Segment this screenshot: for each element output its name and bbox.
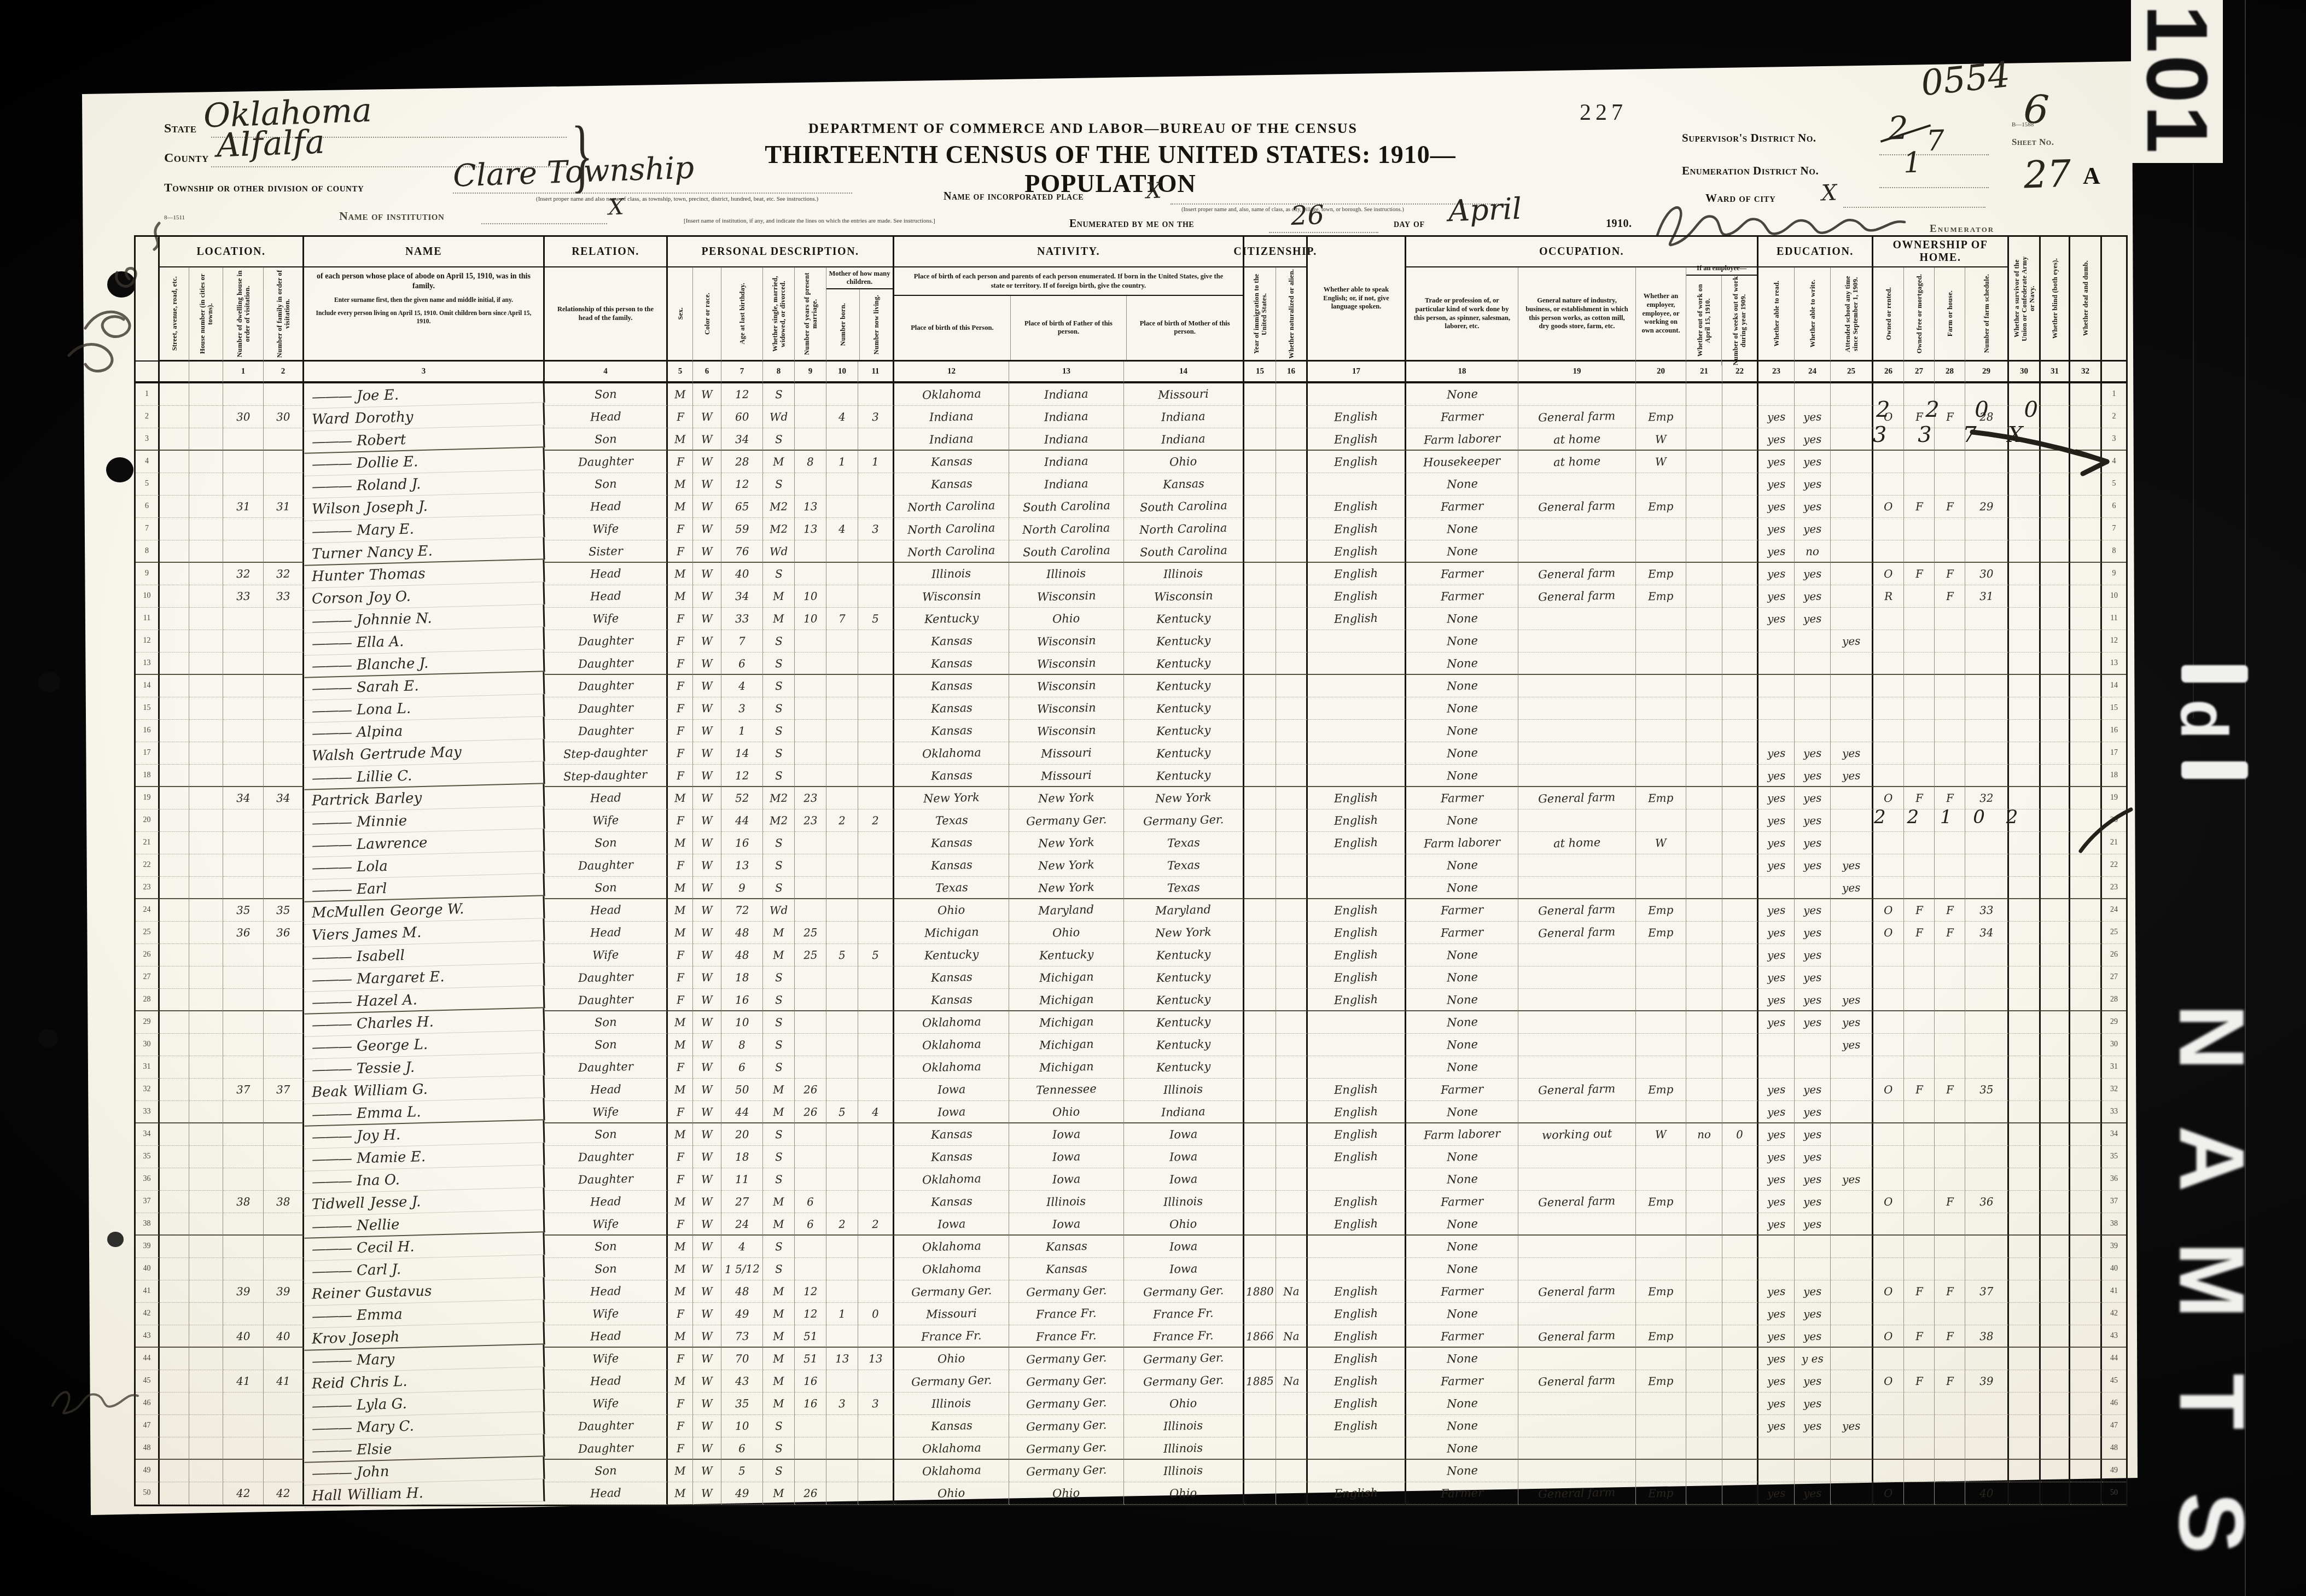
cell-c18-line-18: None: [1406, 765, 1518, 787]
line-number-21: 21: [136, 832, 160, 854]
cell-c1-line-3: [223, 428, 264, 451]
cell-c11-line-14: [858, 675, 894, 697]
cell-c28-line-9: F: [1935, 563, 1965, 585]
cell-c20-line-29: [1636, 1011, 1686, 1034]
cell-c15-line-19: [1244, 787, 1276, 809]
cell-c1-line-49: [223, 1460, 264, 1482]
cell-c19-line-34: working out: [1518, 1123, 1636, 1146]
cell-c20-line-38: [1636, 1213, 1686, 1236]
cell-c1-line-43: 40: [223, 1325, 264, 1348]
cell-c19-line-40: [1518, 1258, 1636, 1280]
cell-c29-line-27: [1965, 966, 2009, 989]
cell-street-line-20: [160, 809, 189, 832]
cell-c32-line-10: [2070, 585, 2102, 608]
cell-c18-line-1: None: [1406, 383, 1518, 406]
cell-c1-line-35: [223, 1146, 264, 1168]
cell-c30-line-14: [2009, 675, 2041, 697]
cell-c12-line-38: Iowa: [894, 1213, 1009, 1236]
cell-c9-line-9: [795, 563, 826, 585]
cell-c4-line-28: Daughter: [545, 989, 668, 1011]
cell-c5-line-3: M: [668, 428, 693, 451]
cell-c21-line-43: [1686, 1325, 1722, 1348]
cell-c23-line-39: [1758, 1236, 1795, 1258]
line-number-38: 38: [2102, 1213, 2126, 1236]
cell-c22-line-41: [1722, 1280, 1758, 1303]
cell-c2-line-7: [264, 518, 304, 540]
cell-house-line-39: [189, 1236, 223, 1258]
cell-c28-line-40: [1935, 1258, 1965, 1280]
cell-c20-line-18: [1636, 765, 1686, 787]
cell-c25-line-3: [1831, 428, 1873, 451]
line-number-17: 17: [136, 742, 160, 765]
line-number-44: 44: [2102, 1348, 2126, 1370]
cell-c14-line-45: Germany Ger.: [1124, 1370, 1244, 1393]
cell-c7-line-36: 11: [721, 1168, 763, 1191]
cell-c6-line-25: W: [693, 922, 721, 944]
cell-c7-line-37: 27: [721, 1191, 763, 1213]
cell-c23-line-5: yes: [1758, 473, 1795, 496]
cell-c11-line-23: [858, 877, 894, 899]
cell-c20-line-6: Emp: [1636, 496, 1686, 518]
film-edge-letter: T: [2159, 1344, 2264, 1459]
cell-c7-line-28: 16: [721, 989, 763, 1011]
cell-c14-line-43: France Fr.: [1124, 1325, 1244, 1348]
cell-c15-line-8: [1244, 540, 1276, 563]
cell-c24-line-2: yes: [1795, 406, 1831, 428]
cell-c5-line-25: M: [668, 922, 693, 944]
cell-c31-line-46: [2041, 1393, 2070, 1415]
cell-c27-line-24: F: [1904, 899, 1935, 922]
cell-c8-line-31: S: [763, 1056, 795, 1079]
cell-c11-line-11: 5: [858, 608, 894, 630]
cell-c6-line-35: W: [693, 1146, 721, 1168]
cell-c32-line-45: [2070, 1370, 2102, 1393]
cell-c27-line-44: [1904, 1348, 1935, 1370]
cell-street-line-38: [160, 1213, 189, 1236]
cell-c26-line-39: [1873, 1236, 1904, 1258]
cell-c21-line-40: [1686, 1258, 1722, 1280]
cell-c30-line-29: [2009, 1011, 2041, 1034]
cell-c32-line-39: [2070, 1236, 2102, 1258]
cell-c17-line-33: English: [1308, 1101, 1406, 1123]
cell-c7-line-42: 49: [721, 1303, 763, 1325]
cell-c10-line-50: [826, 1482, 858, 1505]
cell-house-line-37: [189, 1191, 223, 1213]
cell-c5-line-10: M: [668, 585, 693, 608]
cell-c19-line-35: [1518, 1146, 1636, 1168]
cell-street-line-23: [160, 877, 189, 899]
cell-c21-line-14: [1686, 675, 1722, 697]
cell-c11-line-43: [858, 1325, 894, 1348]
cell-c17-line-48: [1308, 1437, 1406, 1460]
cell-c21-line-37: [1686, 1191, 1722, 1213]
cell-street-line-14: [160, 675, 189, 697]
cell-c29-line-46: [1965, 1393, 2009, 1415]
cell-c6-line-30: W: [693, 1034, 721, 1056]
cell-c16-line-19: [1276, 787, 1308, 809]
cell-c17-line-18: [1308, 765, 1406, 787]
cell-c5-line-40: M: [668, 1258, 693, 1280]
cell-c10-line-31: [826, 1056, 858, 1079]
cell-c12-line-48: Oklahoma: [894, 1437, 1009, 1460]
cell-c9-line-42: 12: [795, 1303, 826, 1325]
line-number-10: 10: [136, 585, 160, 608]
cell-c27-line-21: [1904, 832, 1935, 854]
cell-c9-line-3: [795, 428, 826, 451]
cell-c19-line-33: [1518, 1101, 1636, 1123]
cell-c19-line-8: [1518, 540, 1636, 563]
cell-c4-line-42: Wife: [545, 1303, 668, 1325]
col-header-c24: Whether able to write.: [1795, 267, 1831, 362]
cell-c16-line-9: [1276, 563, 1308, 585]
cell-c4-line-14: Daughter: [545, 675, 668, 697]
cell-c8-line-42: M: [763, 1303, 795, 1325]
sheet-suffix: A: [2083, 162, 2100, 190]
cell-c6-line-13: W: [693, 653, 721, 675]
cell-c19-line-37: General farm: [1518, 1191, 1636, 1213]
county-value: Alfalfa: [216, 123, 325, 165]
cell-c19-line-25: General farm: [1518, 922, 1636, 944]
cell-c12-line-37: Kansas: [894, 1191, 1009, 1213]
cell-c32-line-36: [2070, 1168, 2102, 1191]
cell-c31-line-50: [2041, 1482, 2070, 1505]
cell-c28-line-23: [1935, 877, 1965, 899]
cell-c26-line-18: [1873, 765, 1904, 787]
cell-street-line-41: [160, 1280, 189, 1303]
cell-street-line-32: [160, 1079, 189, 1101]
cell-c27-line-48: [1904, 1437, 1935, 1460]
cell-c18-line-35: None: [1406, 1146, 1518, 1168]
cell-c23-line-28: yes: [1758, 989, 1795, 1011]
cell-c23-line-32: yes: [1758, 1079, 1795, 1101]
cell-c27-line-42: [1904, 1303, 1935, 1325]
col-header-house: House number (in cities or towns).: [189, 267, 223, 362]
cell-c14-line-49: Illinois: [1124, 1460, 1244, 1482]
cell-c29-line-37: 36: [1965, 1191, 2009, 1213]
cell-street-line-43: [160, 1325, 189, 1348]
cell-c1-line-9: 32: [223, 563, 264, 585]
cell-c30-line-18: [2009, 765, 2041, 787]
cell-c15-line-23: [1244, 877, 1276, 899]
cell-c8-line-10: M: [763, 585, 795, 608]
cell-c15-line-5: [1244, 473, 1276, 496]
col-header-c8: Whether single, married, widowed, or div…: [763, 267, 795, 362]
cell-c2-line-8: [264, 540, 304, 563]
line-number-11: 11: [136, 608, 160, 630]
cell-c10-line-39: [826, 1236, 858, 1258]
cell-c7-line-45: 43: [721, 1370, 763, 1393]
cell-c11-line-2: 3: [858, 406, 894, 428]
cell-c20-line-21: W: [1636, 832, 1686, 854]
cell-c32-line-42: [2070, 1303, 2102, 1325]
cell-house-line-40: [189, 1258, 223, 1280]
cell-c21-line-36: [1686, 1168, 1722, 1191]
cell-c25-line-47: yes: [1831, 1415, 1873, 1437]
cell-c25-line-46: [1831, 1393, 1873, 1415]
cell-c21-line-46: [1686, 1393, 1722, 1415]
film-frame-number-box: 101: [2131, 0, 2223, 163]
cell-c26-line-24: O: [1873, 899, 1904, 922]
cell-c19-line-13: [1518, 653, 1636, 675]
cell-c22-line-46: [1722, 1393, 1758, 1415]
cell-street-line-2: [160, 406, 189, 428]
cell-c16-line-7: [1276, 518, 1308, 540]
cell-c2-line-1: [264, 383, 304, 406]
cell-c21-line-5: [1686, 473, 1722, 496]
cell-c8-line-2: Wd: [763, 406, 795, 428]
cell-c30-line-44: [2009, 1348, 2041, 1370]
cell-c19-line-29: [1518, 1011, 1636, 1034]
cell-c28-line-39: [1935, 1236, 1965, 1258]
cell-c22-line-28: [1722, 989, 1758, 1011]
cell-c4-line-45: Head: [545, 1370, 668, 1393]
cell-c26-line-29: [1873, 1011, 1904, 1034]
cell-c27-line-26: [1904, 944, 1935, 966]
cell-c31-line-29: [2041, 1011, 2070, 1034]
cell-c5-line-44: F: [668, 1348, 693, 1370]
cell-c32-line-50: [2070, 1482, 2102, 1505]
col-number-20: 20: [1636, 362, 1686, 383]
cell-c26-line-11: [1873, 608, 1904, 630]
cell-c27-line-36: [1904, 1168, 1935, 1191]
cell-c7-line-27: 18: [721, 966, 763, 989]
cell-c21-line-15: [1686, 697, 1722, 720]
cell-c23-line-49: [1758, 1460, 1795, 1482]
group-personal-description: PERSONAL DESCRIPTION.: [668, 237, 894, 267]
cell-c31-line-12: [2041, 630, 2070, 653]
cell-c16-line-28: [1276, 989, 1308, 1011]
col-number-25: 25: [1831, 362, 1873, 383]
cell-c16-line-24: [1276, 899, 1308, 922]
group-location: LOCATION.: [160, 237, 304, 267]
col-number-22: 22: [1722, 362, 1758, 383]
film-edge-letter: S: [2159, 1466, 2264, 1581]
cell-c24-line-17: yes: [1795, 742, 1831, 765]
cell-c17-line-35: English: [1308, 1146, 1406, 1168]
cell-c24-line-47: yes: [1795, 1415, 1831, 1437]
cell-c5-line-9: M: [668, 563, 693, 585]
cell-c7-line-31: 6: [721, 1056, 763, 1079]
cell-c8-line-39: S: [763, 1236, 795, 1258]
cell-house-line-18: [189, 765, 223, 787]
cell-c17-line-14: [1308, 675, 1406, 697]
cell-c14-line-47: Illinois: [1124, 1415, 1244, 1437]
cell-c24-line-15: [1795, 697, 1831, 720]
cell-c25-line-43: [1831, 1325, 1873, 1348]
cell-c14-line-19: New York: [1124, 787, 1244, 809]
cell-c30-line-31: [2009, 1056, 2041, 1079]
cell-c10-line-38: 2: [826, 1213, 858, 1236]
line-number-40: 40: [2102, 1258, 2126, 1280]
cell-c22-line-16: [1722, 720, 1758, 742]
cell-c7-line-6: 65: [721, 496, 763, 518]
cell-c17-line-28: English: [1308, 989, 1406, 1011]
cell-c15-line-25: [1244, 922, 1276, 944]
cell-c12-line-8: North Carolina: [894, 540, 1009, 563]
cell-c15-line-9: [1244, 563, 1276, 585]
cell-c2-line-16: [264, 720, 304, 742]
cell-c22-line-39: [1722, 1236, 1758, 1258]
cell-c28-line-35: [1935, 1146, 1965, 1168]
cell-c16-line-39: [1276, 1236, 1308, 1258]
cell-c21-line-34: no: [1686, 1123, 1722, 1146]
cell-c16-line-50: [1276, 1482, 1308, 1505]
cell-c16-line-46: [1276, 1393, 1308, 1415]
cell-c29-line-15: [1965, 697, 2009, 720]
cell-c12-line-11: Kentucky: [894, 608, 1009, 630]
cell-street-line-3: [160, 428, 189, 451]
cell-c18-line-41: Farmer: [1406, 1280, 1518, 1303]
cell-c14-line-26: Kentucky: [1124, 944, 1244, 966]
cell-c18-line-16: None: [1406, 720, 1518, 742]
cell-c32-line-27: [2070, 966, 2102, 989]
cell-c22-line-1: [1722, 383, 1758, 406]
cell-c15-line-35: [1244, 1146, 1276, 1168]
cell-c26-line-42: [1873, 1303, 1904, 1325]
cell-c28-line-46: [1935, 1393, 1965, 1415]
cell-c4-line-49: Son: [545, 1460, 668, 1482]
cell-c4-line-10: Head: [545, 585, 668, 608]
cell-c28-line-16: [1935, 720, 1965, 742]
cell-house-line-12: [189, 630, 223, 653]
col-header-c16: Whether naturalized or alien.: [1276, 267, 1308, 362]
line-number-4: 4: [136, 451, 160, 473]
cell-c15-line-46: [1244, 1393, 1276, 1415]
cell-c27-line-49: [1904, 1460, 1935, 1482]
cell-c6-line-2: W: [693, 406, 721, 428]
cell-c5-line-17: F: [668, 742, 693, 765]
cell-house-line-4: [189, 451, 223, 473]
cell-c23-line-27: yes: [1758, 966, 1795, 989]
cell-c29-line-22: [1965, 854, 2009, 877]
margin-arrow: [1969, 416, 2133, 487]
cell-c9-line-33: 26: [795, 1101, 826, 1123]
cell-c2-line-30: [264, 1034, 304, 1056]
cell-c7-line-44: 70: [721, 1348, 763, 1370]
cell-c29-line-40: [1965, 1258, 2009, 1280]
cell-c1-line-12: [223, 630, 264, 653]
cell-c28-line-7: [1935, 518, 1965, 540]
col-number-30: 30: [2009, 362, 2041, 383]
line-number-32: 32: [136, 1079, 160, 1101]
cell-c8-line-7: M2: [763, 518, 795, 540]
cell-c19-line-49: [1518, 1460, 1636, 1482]
cell-c11-line-30: [858, 1034, 894, 1056]
cell-c11-line-20: 2: [858, 809, 894, 832]
cell-c32-line-48: [2070, 1437, 2102, 1460]
cell-c14-line-30: Kentucky: [1124, 1034, 1244, 1056]
col-header-name: of each person whose place of abode on A…: [304, 267, 545, 362]
cell-c6-line-7: W: [693, 518, 721, 540]
cell-c32-line-32: [2070, 1079, 2102, 1101]
cell-c9-line-15: [795, 697, 826, 720]
cell-c9-line-26: 25: [795, 944, 826, 966]
cell-c4-line-43: Head: [545, 1325, 668, 1348]
cell-c6-line-42: W: [693, 1303, 721, 1325]
cell-c6-line-47: W: [693, 1415, 721, 1437]
line-number-8: 8: [2102, 540, 2126, 563]
cell-c20-line-45: Emp: [1636, 1370, 1686, 1393]
cell-c18-line-42: None: [1406, 1303, 1518, 1325]
cell-c5-line-45: M: [668, 1370, 693, 1393]
cell-c32-line-35: [2070, 1146, 2102, 1168]
cell-c17-line-12: [1308, 630, 1406, 653]
cell-c20-line-26: [1636, 944, 1686, 966]
cell-c21-line-18: [1686, 765, 1722, 787]
cell-c12-line-29: Oklahoma: [894, 1011, 1009, 1034]
cell-c14-line-22: Texas: [1124, 854, 1244, 877]
cell-c14-line-5: Kansas: [1124, 473, 1244, 496]
cell-c32-line-14: [2070, 675, 2102, 697]
cell-c23-line-23: [1758, 877, 1795, 899]
cell-c25-line-9: [1831, 563, 1873, 585]
cell-c31-line-41: [2041, 1280, 2070, 1303]
cell-c9-line-30: [795, 1034, 826, 1056]
cell-house-line-9: [189, 563, 223, 585]
cell-house-line-16: [189, 720, 223, 742]
cell-c25-line-48: [1831, 1437, 1873, 1460]
cell-house-line-47: [189, 1415, 223, 1437]
cell-c2-line-14: [264, 675, 304, 697]
line-number-36: 36: [136, 1168, 160, 1191]
cell-c15-line-28: [1244, 989, 1276, 1011]
cell-c31-line-13: [2041, 653, 2070, 675]
cell-c1-line-45: 41: [223, 1370, 264, 1393]
cell-c7-line-20: 44: [721, 809, 763, 832]
cell-c2-line-44: [264, 1348, 304, 1370]
cell-house-line-38: [189, 1213, 223, 1236]
line-number-46: 46: [2102, 1393, 2126, 1415]
cell-c23-line-2: yes: [1758, 406, 1795, 428]
cell-house-line-44: [189, 1348, 223, 1370]
cell-c11-line-35: [858, 1146, 894, 1168]
margin-slash: [2073, 804, 2139, 859]
cell-c16-line-10: [1276, 585, 1308, 608]
cell-c13-line-24: Maryland: [1009, 899, 1124, 922]
line-number-38: 38: [136, 1213, 160, 1236]
cell-house-line-13: [189, 653, 223, 675]
cell-c27-line-38: [1904, 1213, 1935, 1236]
cell-c5-line-23: M: [668, 877, 693, 899]
col-number-13: 13: [1009, 362, 1124, 383]
cell-c18-line-26: None: [1406, 944, 1518, 966]
cell-c29-line-17: [1965, 742, 2009, 765]
cell-c29-line-21: [1965, 832, 2009, 854]
cell-house-line-14: [189, 675, 223, 697]
cell-c30-line-26: [2009, 944, 2041, 966]
cell-c10-line-48: [826, 1437, 858, 1460]
cell-c20-line-30: [1636, 1034, 1686, 1056]
cell-house-line-45: [189, 1370, 223, 1393]
cell-c18-line-33: None: [1406, 1101, 1518, 1123]
cell-c25-line-50: [1831, 1482, 1873, 1505]
cell-c13-line-28: Michigan: [1009, 989, 1124, 1011]
cell-c5-line-36: F: [668, 1168, 693, 1191]
cell-c31-line-49: [2041, 1460, 2070, 1482]
cell-c7-line-26: 48: [721, 944, 763, 966]
cell-c2-line-37: 38: [264, 1191, 304, 1213]
cell-c14-line-29: Kentucky: [1124, 1011, 1244, 1034]
cell-c5-line-18: F: [668, 765, 693, 787]
line-number-29: 29: [136, 1011, 160, 1034]
incorporated-place-label: Name of incorporated place: [944, 190, 1084, 203]
cell-c16-line-14: [1276, 675, 1308, 697]
cell-c31-line-16: [2041, 720, 2070, 742]
cell-c4-line-38: Wife: [545, 1213, 668, 1236]
cell-street-line-9: [160, 563, 189, 585]
census-table: LOCATION.NAMERELATION.PERSONAL DESCRIPTI…: [134, 235, 2128, 1506]
cell-c8-line-8: Wd: [763, 540, 795, 563]
